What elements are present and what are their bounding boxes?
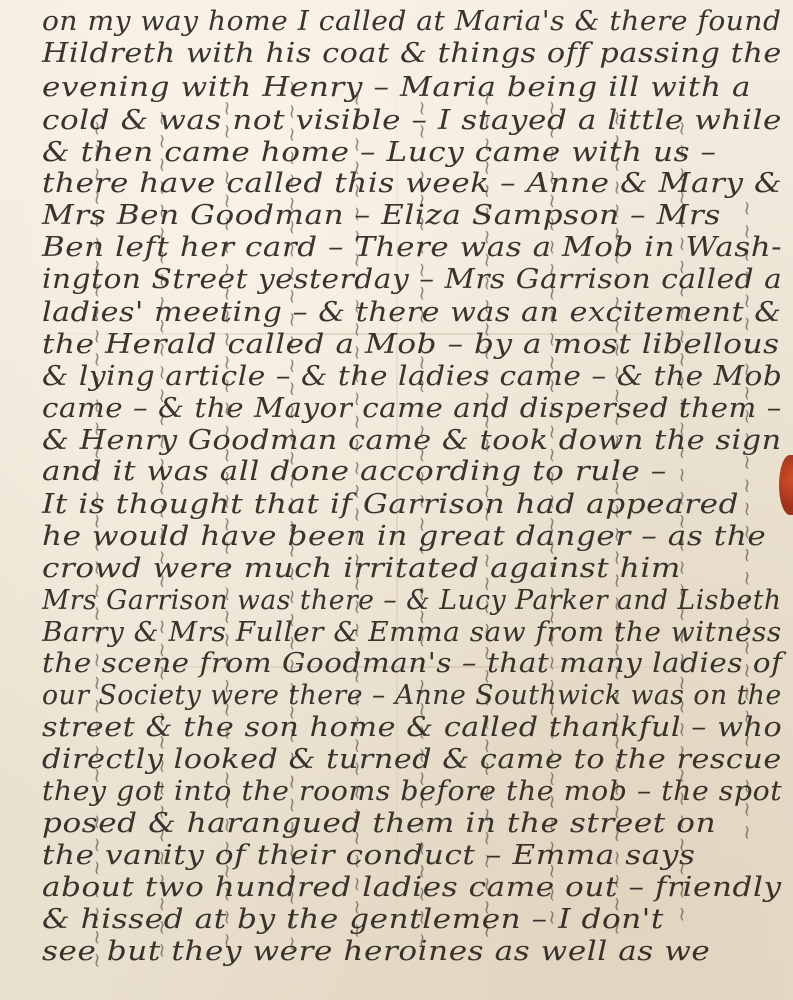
text-line: Mrs Garrison was there – & Lucy Parker a…	[42, 585, 782, 616]
text-line: they got into the rooms before the mob –…	[42, 776, 782, 807]
text-line: and it was all done according to rule –	[42, 456, 667, 487]
horizontal-text: on my way home I called at Maria's & the…	[0, 0, 793, 1000]
letter-page: ~ ~ ~ ~ ~ ~ ~ ~ ~ ~ ~ ~ ~ ~ ~ ~ ~ ~ ~ ~ …	[0, 0, 793, 1000]
text-line: crowd were much irritated against him	[42, 553, 681, 584]
text-line: posed & harangued them in the street on	[42, 808, 716, 839]
text-line: the vanity of their conduct – Emma says	[42, 840, 696, 871]
text-line: our Society were there – Anne Southwick …	[42, 680, 782, 711]
text-line: It is thought that if Garrison had appea…	[42, 489, 739, 520]
text-line: he would have been in great danger – as …	[42, 521, 766, 552]
text-line: Barry & Mrs Fuller & Emma saw from the w…	[42, 617, 782, 648]
text-line: ington Street yesterday – Mrs Garrison c…	[42, 264, 782, 295]
text-line: Ben left her card – There was a Mob in W…	[42, 232, 782, 263]
text-line: Hildreth with his coat & things off pass…	[42, 38, 782, 69]
text-line: the Herald called a Mob – by a most libe…	[42, 329, 780, 360]
text-line: & Henry Goodman came & took down the sig…	[42, 425, 782, 456]
text-line: & then came home – Lucy came with us –	[42, 137, 717, 168]
text-line: about two hundred ladies came out – frie…	[42, 872, 782, 903]
text-line: evening with Henry – Maria being ill wit…	[42, 72, 751, 103]
text-line: & lying article – & the ladies came – & …	[42, 361, 782, 392]
text-line: & hissed at by the gentlemen – I don't	[42, 904, 664, 935]
text-line: the scene from Goodman's – that many lad…	[42, 648, 782, 679]
text-line: ladies' meeting – & there was an excitem…	[42, 297, 782, 328]
text-line: on my way home I called at Maria's & the…	[42, 6, 781, 37]
text-line: directly looked & turned & came to the r…	[42, 744, 782, 775]
text-line: see but they were heroines as well as we	[42, 936, 710, 967]
text-line: Mrs Ben Goodman – Eliza Sampson – Mrs	[42, 200, 721, 231]
text-line: street & the son home & called thankful …	[42, 712, 782, 743]
text-line: cold & was not visible – I stayed a litt…	[42, 105, 782, 136]
text-line: came – & the Mayor came and dispersed th…	[42, 393, 782, 424]
text-line: there have called this week – Anne & Mar…	[42, 168, 782, 199]
